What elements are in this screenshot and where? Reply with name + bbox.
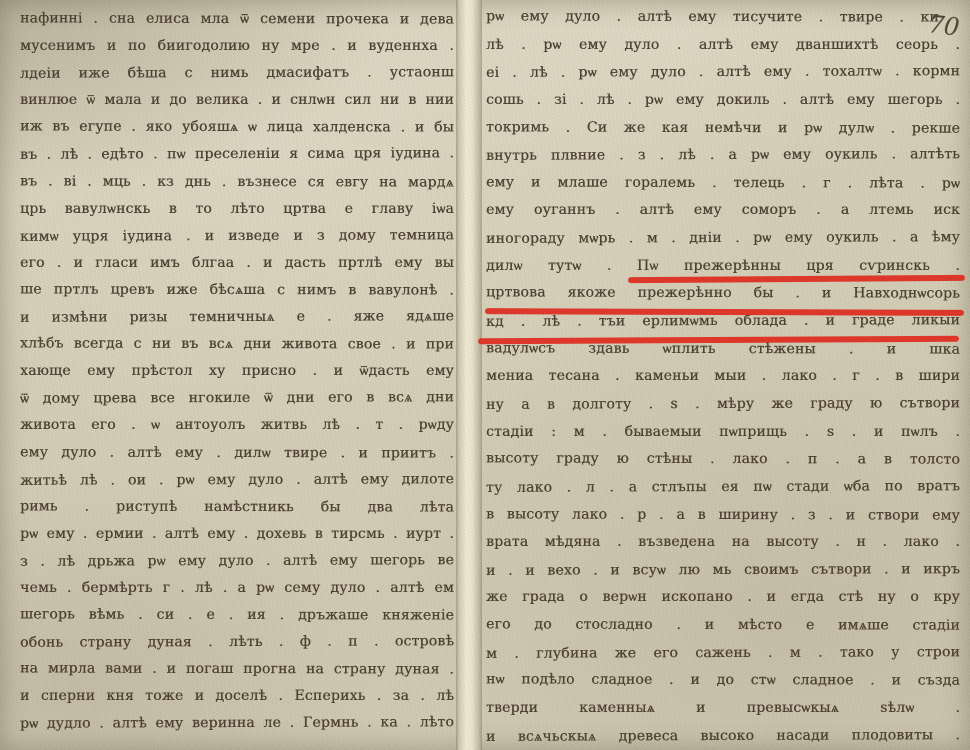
text-line: чемь . бермѣрть г . лѣ . а рѡ сему дуло … [20,575,454,602]
text-line: ту лако . л . а стлъпы ея пѡ стади ѡба п… [486,473,960,502]
text-line: хлѣбъ всегда с ни въ всѧ дни живота свое… [20,331,454,359]
text-line: лдеіи иже бѣша с нимь дмасифатъ . устаон… [20,59,454,88]
text-line: ѿ дому црева все нгокиле ѿ дни его в всѧ… [20,385,454,414]
text-line: внутрь плвние . з . лѣ . а рѡ ему оукиль… [486,141,960,170]
text-line: въ . ві . мць . кз днь . възнесе ся евгу… [20,168,454,196]
text-line: и сперни кня тоже и доселѣ . Есперихь . … [20,683,454,710]
text-line: ему оуганнъ . алтѣ ему соморъ . а лтемь … [486,197,960,225]
left-page-text: нафинні . сна елиса мла ѿ семени прочека… [20,6,454,738]
text-line-underlined: цртвова якоже прежерѣнно бы . и Навходнѡ… [486,280,960,309]
text-line: рѡ ему дуло . алтѣ ему тисучите . твире … [486,3,960,32]
page-gutter-fold [456,0,482,750]
text-line: м . глубина же его сажень . м . тако у с… [486,639,960,668]
text-line: ше пртлъ цревъ иже бѣсѧша с нимъ в вавул… [20,276,454,304]
text-line: нѡ подѣло сладное . и до стѡ сладное . и… [486,667,960,696]
text-line: иногораду мѡрь . м . дніи . рѡ ему оукил… [486,224,960,253]
text-line: и измѣни ризы темничныѧ е . яже ядѧше [20,303,454,332]
text-line: рѡ дудло . алтѣ ему веринна ле . Гермнь … [20,710,454,739]
text-line: з . лѣ дрьжа рѡ ему дуло . алтѣ ему шего… [20,547,454,576]
text-line: житьѣ лѣ . ои . рѡ ему дуло . алтѣ ему д… [20,466,454,495]
text-line: же града о верѡн ископано . и егда стѣ н… [486,584,960,612]
text-line: рѡ ему . ермии . алтѣ ему . дохевь в тир… [20,521,454,548]
text-line: его до стосладно . и мѣсто е имѧше стаді… [486,611,960,640]
text-line: и . и вехо . и всуѡ лю мь своимъ сътвори… [486,556,960,585]
right-page-text: рѡ ему дуло . алтѣ ему тисучите . твире … [486,4,960,750]
text-line: тверди каменныѧ и превысѡкыѧ ѕѣлѡ . [486,695,960,723]
text-line: сошь . зі . лѣ . рѡ ему докиль . алтѣ ем… [486,87,960,115]
text-line: нафинні . сна елиса мла ѿ семени прочека… [20,5,454,33]
manuscript-spread: нафинні . сна елиса мла ѿ семени прочека… [0,0,970,750]
text-line: и всѧчьскыѧ древеса высоко насади плодов… [486,722,960,750]
text-line: обонь страну дуная . лѣть . ф . п . остр… [20,628,454,657]
text-line: кимѡ уцря іудина . и изведе и з дому тем… [20,222,454,251]
text-line: хающе ему прѣстол ху присно . и ѿдасть е… [20,358,454,385]
text-line: ему дуло . алтѣ ему . дилѡ твире . и при… [20,439,454,467]
text-line: въ . лѣ . едѣто . пѡ преселеніи я сима ц… [20,141,454,170]
text-line: стадіи : м . бываемыи пѡприщь . ѕ . и пѡ… [486,419,960,447]
folio-number: 70 [920,9,967,42]
text-line: высоту граду ю стѣны . лако . п . а в то… [486,446,960,475]
text-line: римь . риступѣ намѣстникь бы два лѣта [20,493,454,521]
text-line: лѣ . рѡ ему дуло . алтѣ ему дваншихтѣ се… [486,32,960,60]
text-line: врата мѣдяна . възведена на высоту . н .… [486,529,960,557]
text-line: шегорь вѣмь . си . е . ия . дръжаше княж… [20,601,454,629]
text-line: еі . лѣ . рѡ ему дуло . алтѣ ему . тохал… [486,58,960,87]
text-line: винлюе ѿ мала и до велика . и снлѡн сил … [20,87,454,114]
text-line: его . и гласи имъ блгаа . и дасть пртлѣ … [20,250,454,277]
text-line: иж въ егупе . яко убояшѧ ѡ лица халденск… [20,114,454,142]
text-line: в высоту лако . р . а в ширину . з . и с… [486,501,960,530]
text-line: токримь . Си же кая немѣчи и рѡ дулѡ . р… [486,114,960,143]
text-line: живота его . ѡ антоуолъ житвь лѣ . т . р… [20,412,454,439]
text-line: црь вавулѡнскь в то лѣто цртва е главу і… [20,196,454,223]
text-line: ему и млаше горалемь . телець . г . лѣта… [486,169,960,198]
text-line: на мирла вами . и погаш прогна на страну… [20,656,454,684]
text-line: мениа тесана . каменьи мыи . лако . г . … [486,363,960,391]
text-line: мусенимъ и по биигодолию ну мре . и вуде… [20,33,454,60]
text-line: ну а в долготу . ѕ . мѣру же граду ю сът… [486,390,960,419]
